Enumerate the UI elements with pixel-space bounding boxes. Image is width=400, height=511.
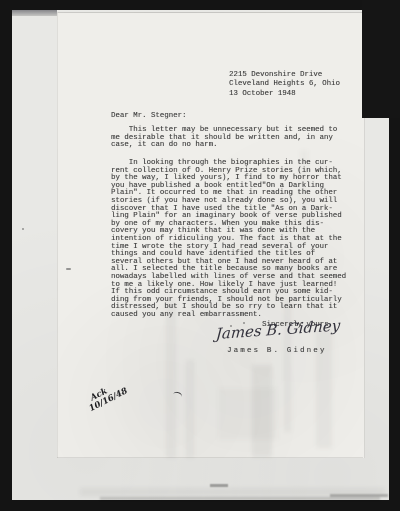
- scanned-letter-page: 2215 Devonshire Drive Cleveland Heights …: [0, 0, 400, 511]
- photocopy-smudge-dash: [210, 484, 228, 487]
- body-paragraph-2: In looking through the biographies in th…: [111, 160, 346, 319]
- photocopy-streak: [166, 300, 176, 458]
- typed-signature: James B. Gidney: [227, 348, 327, 356]
- salutation: Dear Mr. Stegner:: [111, 113, 186, 121]
- photocopy-smudge-line: [330, 494, 388, 497]
- scan-border-corner: [362, 0, 400, 118]
- photocopy-smudge: [218, 388, 278, 440]
- backing-sheet-top-edge: [12, 10, 57, 16]
- dust-speck: [22, 228, 24, 230]
- photocopy-streak: [186, 360, 194, 458]
- body-paragraph-1: This letter may be unnecessary but it se…: [111, 127, 337, 150]
- letter-bottom-edge: [57, 457, 363, 458]
- return-address: 2215 Devonshire Drive Cleveland Heights …: [229, 71, 340, 99]
- photocopy-smudge-line: [100, 497, 380, 500]
- dust-speck: [66, 268, 71, 270]
